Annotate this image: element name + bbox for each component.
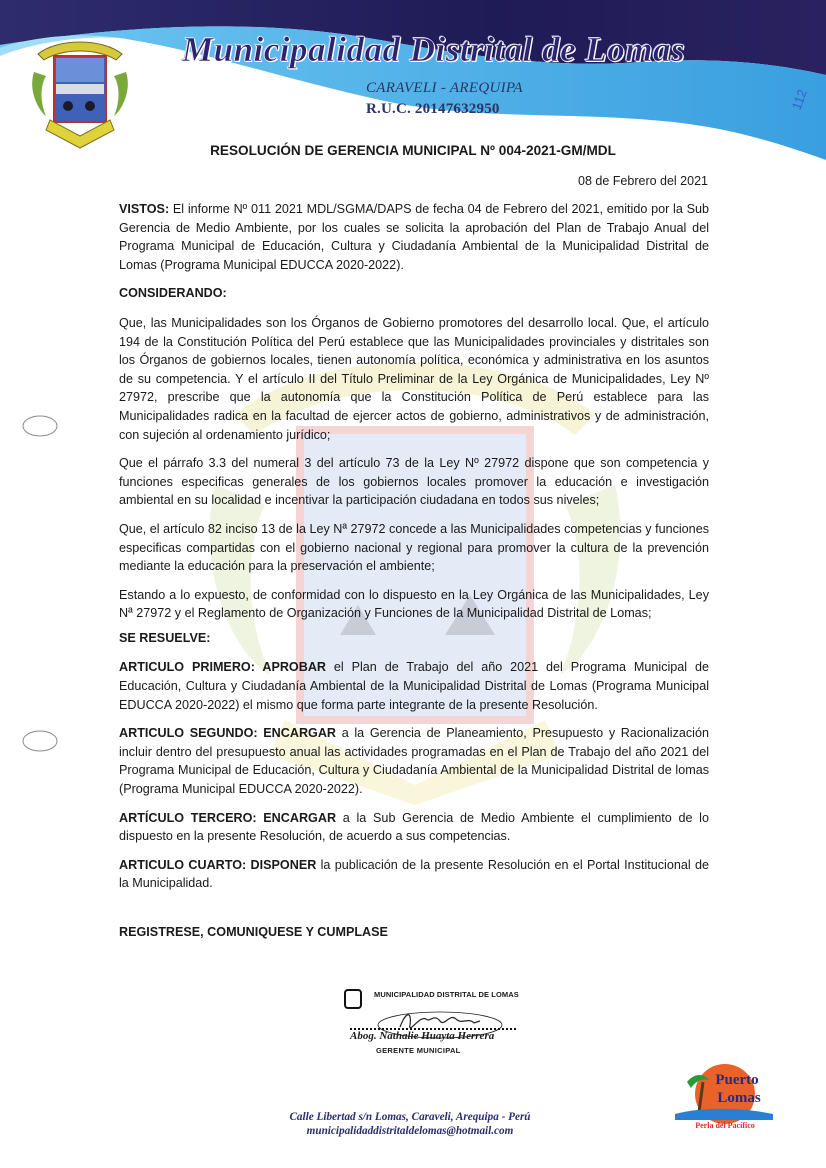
signature-stamp: MUNICIPALIDAD DISTRITAL DE LOMAS Abog. N… <box>330 985 530 1070</box>
municipality-ruc: R.U.C. 20147632950 <box>366 101 500 118</box>
considerando-paragraph: Que, las Municipalidades son los Órganos… <box>119 314 709 444</box>
articulo-label: ARTICULO CUARTO: DISPONER <box>119 858 316 872</box>
document-date: 08 de Febrero del 2021 <box>578 174 708 188</box>
articulo-segundo: ARTICULO SEGUNDO: ENCARGAR a la Gerencia… <box>119 724 709 798</box>
closing-formula: REGISTRESE, COMUNIQUESE Y CUMPLASE <box>119 923 709 942</box>
municipal-crest-logo <box>28 32 132 150</box>
puerto-lomas-logo: Puerto Lomas Perla del Pacífico <box>665 1062 775 1132</box>
svg-text:Puerto: Puerto <box>715 1072 758 1088</box>
svg-text:Lomas: Lomas <box>717 1090 761 1106</box>
articulo-primero: ARTICULO PRIMERO: APROBAR el Plan de Tra… <box>119 658 709 714</box>
municipality-title: Municipalidad Distrital de Lomas <box>182 30 792 70</box>
articulo-label: ARTICULO PRIMERO: APROBAR <box>119 660 326 674</box>
svg-text:Perla del Pacífico: Perla del Pacífico <box>695 1121 755 1130</box>
municipality-location: CARAVELI - AREQUIPA <box>366 80 523 97</box>
considerando-paragraph: Que, el artículo 82 inciso 13 de la Ley … <box>119 520 709 576</box>
footer-contact: Calle Libertad s/n Lomas, Caraveli, Areq… <box>250 1110 570 1138</box>
articulo-cuarto: ARTICULO CUARTO: DISPONER la publicación… <box>119 856 709 893</box>
articulo-label: ARTICULO SEGUNDO: ENCARGAR <box>119 726 336 740</box>
punch-hole-mark <box>20 728 60 754</box>
articulo-label: ARTÍCULO TERCERO: ENCARGAR <box>119 811 336 825</box>
articulo-tercero: ARTÍCULO TERCERO: ENCARGAR a la Sub Gere… <box>119 809 709 846</box>
footer-address: Calle Libertad s/n Lomas, Caraveli, Areq… <box>250 1110 570 1124</box>
signatory-role: GERENTE MUNICIPAL <box>376 1046 461 1055</box>
vistos-label: VISTOS: <box>119 202 169 216</box>
vistos-text: El informe Nº 011 2021 MDL/SGMA/DAPS de … <box>119 202 709 272</box>
resolution-title-text: RESOLUCIÓN DE GERENCIA MUNICIPAL Nº 004-… <box>210 143 616 158</box>
considerando-paragraph: Que el párrafo 3.3 del numeral 3 del art… <box>119 454 709 510</box>
footer-email[interactable]: municipalidaddistritaldelomas@hotmail.co… <box>250 1124 570 1138</box>
resolution-title: RESOLUCIÓN DE GERENCIA MUNICIPAL Nº 004-… <box>0 143 826 158</box>
signatory-name: Abog. Nathalie Huayta Herrera <box>350 1030 494 1042</box>
document-body: VISTOS: El informe Nº 011 2021 MDL/SGMA/… <box>119 200 709 952</box>
punch-hole-mark <box>20 413 60 439</box>
resuelve-heading: SE RESUELVE: <box>119 629 709 648</box>
considerando-paragraph: Estando a lo expuesto, de conformidad co… <box>119 586 709 623</box>
considerando-heading: CONSIDERANDO: <box>119 284 709 303</box>
vistos-paragraph: VISTOS: El informe Nº 011 2021 MDL/SGMA/… <box>119 200 709 274</box>
